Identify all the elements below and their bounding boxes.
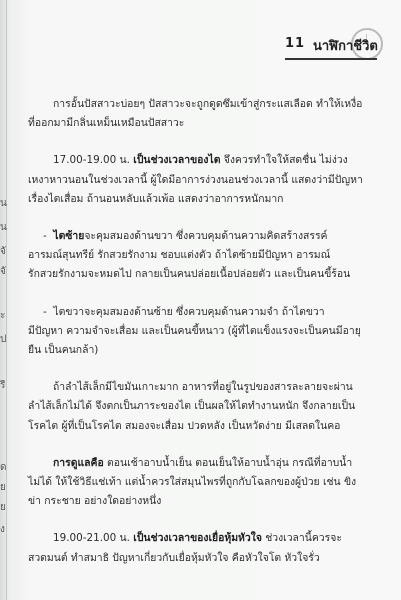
body-text: การอั้นปัสสาวะบ่อยๆ ปัสสาวะจะถูกดูดซึมเข…: [28, 95, 378, 568]
paragraph-kidney-time: 17.00-19.00 น. เป็นช่วงเวลาของไต จึงควรท…: [28, 151, 378, 209]
text-line: เรื่องไตเสื่อม ถ้านอนหลับแล้วเพ้อ แสดงว่…: [28, 190, 378, 209]
text-line: เหงาหาวนอนในช่วงเวลานี้ ผู้ใดมีอาการง่วง…: [28, 171, 378, 190]
bold-lead: เป็นช่วงเวลาของเยื่อหุ้มหัวใจ: [133, 532, 262, 544]
text-run: จึงควรทำใจให้สดชื่น ไม่ง่วง: [220, 154, 347, 166]
bold-lead: เป็นช่วงเวลาของไต: [133, 154, 220, 166]
text-line: - ไตซ้ายจะคุมสมองด้านขวา ซึ่งควบคุมด้านค…: [28, 227, 378, 246]
text-line: - ไตขวาจะคุมสมองด้านซ้าย ซึ่งควบคุมด้านค…: [28, 303, 378, 322]
paragraph-right-kidney: - ไตขวาจะคุมสมองด้านซ้าย ซึ่งควบคุมด้านค…: [28, 303, 378, 361]
chapter-title: นาฬิกาชีวิต: [313, 35, 378, 56]
text-line: ข่า กระชาย อย่างใดอย่างหนึ่ง: [28, 492, 378, 511]
text-line: การอั้นปัสสาวะบ่อยๆ ปัสสาวะจะถูกดูดซึมเข…: [28, 95, 378, 114]
text-line: รักสวยรักงามจะหมดไป กลายเป็นคนปล่อยเนื้อ…: [28, 265, 378, 284]
paragraph-small-intestine: ถ้าลำไส้เล็กมีไขมันเกาะมาก อาหารที่อยู่ใ…: [28, 378, 378, 436]
bullet: -: [43, 230, 47, 242]
bold-lead: ไตซ้าย: [53, 230, 84, 242]
bleed-char: รี: [0, 380, 10, 392]
running-header: 11 นาฬิกาชีวิต: [285, 28, 401, 64]
bleed-char: ะ: [0, 310, 10, 322]
text-run: ตอนเช้าอาบน้ำเย็น ตอนเย็นให้อาบน้ำอุ่น ก…: [104, 457, 352, 469]
paragraph-left-kidney: - ไตซ้ายจะคุมสมองด้านขวา ซึ่งควบคุมด้านค…: [28, 227, 378, 285]
bleed-char: ป: [0, 334, 10, 346]
time-range: 17.00-19.00 น.: [53, 154, 130, 166]
bleed-char: ด: [0, 462, 10, 474]
text-line: ที่ออกมามีกลิ่นเหม็นเหมือนปัสสาวะ: [28, 114, 378, 133]
paragraph-care: การดูแลคือ ตอนเช้าอาบน้ำเย็น ตอนเย็นให้อ…: [28, 454, 378, 512]
text-line: ถ้าลำไส้เล็กมีไขมันเกาะมาก อาหารที่อยู่ใ…: [28, 378, 378, 397]
text-line: ไม่ได้ ให้ใช้วิธีแช่เท้า แต่น้ำควรใส่สมุ…: [28, 473, 378, 492]
bleed-char: ย: [0, 502, 10, 514]
text-line: การดูแลคือ ตอนเช้าอาบน้ำเย็น ตอนเย็นให้อ…: [28, 454, 378, 473]
bleed-char: ง: [0, 524, 10, 536]
bold-lead: การดูแลคือ: [53, 457, 104, 469]
header-underline: [285, 58, 377, 60]
text-run: จะคุมสมองด้านขวา ซึ่งควบคุมด้านความคิดสร…: [84, 230, 327, 242]
text-line: อารมณ์สุนทรีย์ รักสวยรักงาม ชอบแต่งตัว ถ…: [28, 246, 378, 265]
page-number: 11: [285, 36, 305, 51]
text-line: ลำไส้เล็กไม่ได้ จึงตกเป็นภาระของไต เป็นผ…: [28, 397, 378, 416]
text-line: โรคไต ผู้ที่เป็นโรคไต สมองจะเสื่อม ปวดหล…: [28, 417, 378, 436]
document-page: น น จั จั ะ ป รี ด ย ย ง 11 นาฬิกาชีวิต …: [0, 0, 401, 600]
text-run: ไตขวาจะคุมสมองด้านซ้าย ซึ่งควบคุมด้านควา…: [53, 306, 324, 318]
time-range: 19.00-21.00 น.: [53, 532, 130, 544]
text-line: 19.00-21.00 น. เป็นช่วงเวลาของเยื่อหุ้มห…: [28, 529, 378, 548]
text-run: ช่วงเวลานี้ควรจะ: [262, 532, 342, 544]
text-line: ยืน เป็นคนกล้า): [28, 341, 378, 360]
bleed-char: จั: [0, 266, 10, 278]
bleed-char: น: [0, 198, 10, 210]
bleed-char: จั: [0, 246, 10, 258]
paragraph-urine: การอั้นปัสสาวะบ่อยๆ ปัสสาวะจะถูกดูดซึมเข…: [28, 95, 378, 133]
bleed-char: ย: [0, 482, 10, 494]
bullet: -: [43, 306, 47, 318]
bleed-char: น: [0, 222, 10, 234]
paragraph-pericardium-time: 19.00-21.00 น. เป็นช่วงเวลาของเยื่อหุ้มห…: [28, 529, 378, 567]
text-line: 17.00-19.00 น. เป็นช่วงเวลาของไต จึงควรท…: [28, 151, 378, 170]
text-line: สวดมนต์ ทำสมาธิ ปัญหาเกี่ยวกับเยื่อหุ้มห…: [28, 549, 378, 568]
text-line: มีปัญหา ความจำจะเสื่อม และเป็นคนขี้หนาว …: [28, 322, 378, 341]
